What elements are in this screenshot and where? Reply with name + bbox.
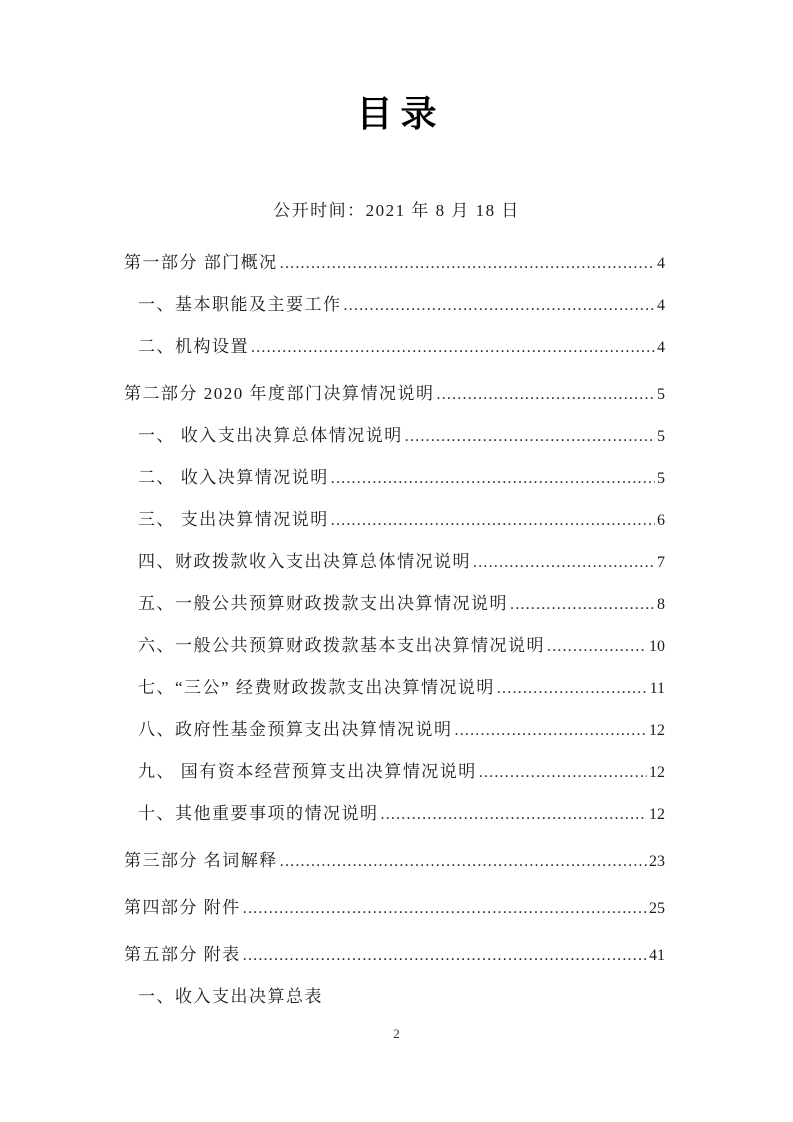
toc-leader-dots: ........................................… (381, 803, 648, 827)
toc-entry-label: 七、“三公” 经费财政拨款支出决算情况说明 (138, 676, 495, 700)
toc-page-number: 11 (650, 677, 665, 701)
toc-page-number: 8 (657, 593, 665, 617)
toc-row: 八、政府性基金预算支出决算情况说明 ......................… (124, 718, 665, 760)
toc-row: 四、财政拨款收入支出决算总体情况说明 .....................… (124, 550, 665, 592)
toc-entry-label: 十、其他重要事项的情况说明 (138, 802, 379, 826)
toc-row: 三、 支出决算情况说明 ............................… (124, 508, 665, 550)
toc-row: 一、 收入支出决算总体情况说明 ........................… (124, 424, 665, 466)
toc-entry-label: 八、政府性基金预算支出决算情况说明 (138, 718, 453, 742)
toc-entry-label: 二、 收入决算情况说明 (138, 466, 329, 490)
toc-leader-dots: ........................................… (344, 294, 656, 318)
toc-entry-label: 第二部分 2020 年度部门决算情况说明 (124, 382, 435, 406)
toc-page-number: 12 (649, 719, 665, 743)
toc-list: 第一部分 部门概况 ..............................… (0, 251, 793, 1027)
toc-entry-label: 一、基本职能及主要工作 (138, 293, 342, 317)
toc-page-number: 7 (657, 551, 665, 575)
toc-leader-dots: ........................................… (510, 593, 655, 617)
toc-row: 第三部分 名词解释 ..............................… (124, 849, 665, 891)
toc-leader-dots: ........................................… (473, 551, 655, 575)
toc-page-number: 5 (657, 383, 665, 407)
toc-entry-label: 二、机构设置 (138, 335, 249, 359)
toc-entry-label: 一、收入支出决算总表 (138, 985, 323, 1009)
toc-page-number: 25 (649, 897, 665, 921)
toc-page-number: 4 (657, 294, 665, 318)
toc-entry-label: 五、一般公共预算财政拨款支出决算情况说明 (138, 592, 508, 616)
toc-row: 二、机构设置 .................................… (124, 335, 665, 377)
toc-row: 一、收入支出决算总表 (124, 985, 665, 1027)
toc-leader-dots: ........................................… (405, 425, 655, 449)
publish-time-line: 公开时间：2021 年 8 月 18 日 (0, 196, 793, 221)
toc-page-number: 5 (657, 425, 665, 449)
toc-entry-label: 第四部分 附件 (124, 896, 241, 920)
toc-entry-label: 第一部分 部门概况 (124, 251, 278, 275)
document-page: 目录 公开时间：2021 年 8 月 18 日 第一部分 部门概况 ......… (0, 0, 793, 1122)
toc-page-number: 4 (657, 252, 665, 276)
footer-page-number: 2 (0, 1026, 793, 1042)
toc-entry-label: 三、 支出决算情况说明 (138, 508, 329, 532)
toc-page-number: 23 (649, 850, 665, 874)
toc-row: 九、 国有资本经营预算支出决算情况说明 ....................… (124, 760, 665, 802)
toc-page-number: 5 (657, 467, 665, 491)
toc-row: 第一部分 部门概况 ..............................… (124, 251, 665, 293)
toc-row: 七、“三公” 经费财政拨款支出决算情况说明 ..................… (124, 676, 665, 718)
toc-entry-label: 第三部分 名词解释 (124, 849, 278, 873)
toc-row: 第四部分 附件 ................................… (124, 896, 665, 938)
toc-row: 十、其他重要事项的情况说明 ..........................… (124, 802, 665, 844)
toc-entry-label: 一、 收入支出决算总体情况说明 (138, 424, 403, 448)
toc-leader-dots: ........................................… (243, 897, 647, 921)
toc-entry-label: 九、 国有资本经营预算支出决算情况说明 (138, 760, 477, 784)
toc-page-number: 41 (649, 944, 665, 968)
toc-page-number: 12 (649, 761, 665, 785)
toc-leader-dots: ........................................… (437, 383, 656, 407)
toc-leader-dots: ........................................… (547, 635, 647, 659)
toc-entry-label: 第五部分 附表 (124, 943, 241, 967)
toc-entry-label: 四、财政拨款收入支出决算总体情况说明 (138, 550, 471, 574)
toc-leader-dots: ........................................… (331, 467, 655, 491)
toc-leader-dots: ........................................… (251, 336, 655, 360)
toc-leader-dots: ........................................… (331, 509, 655, 533)
toc-page-number: 4 (657, 336, 665, 360)
toc-leader-dots: ........................................… (479, 761, 647, 785)
toc-page-number: 12 (649, 803, 665, 827)
toc-entry-label: 六、一般公共预算财政拨款基本支出决算情况说明 (138, 634, 545, 658)
toc-row: 六、一般公共预算财政拨款基本支出决算情况说明 .................… (124, 634, 665, 676)
toc-row: 第二部分 2020 年度部门决算情况说明 ...................… (124, 382, 665, 424)
toc-leader-dots: ........................................… (280, 850, 647, 874)
toc-page-number: 6 (657, 509, 665, 533)
toc-leader-dots: ........................................… (455, 719, 648, 743)
toc-row: 第五部分 附表 ................................… (124, 943, 665, 985)
toc-row: 一、基本职能及主要工作 ............................… (124, 293, 665, 335)
toc-leader-dots: ........................................… (497, 677, 648, 701)
toc-row: 二、 收入决算情况说明 ............................… (124, 466, 665, 508)
toc-leader-dots: ........................................… (243, 944, 647, 968)
toc-page-number: 10 (649, 635, 665, 659)
toc-leader-dots: ........................................… (280, 252, 655, 276)
toc-row: 五、一般公共预算财政拨款支出决算情况说明 ...................… (124, 592, 665, 634)
page-title: 目录 (0, 0, 793, 136)
